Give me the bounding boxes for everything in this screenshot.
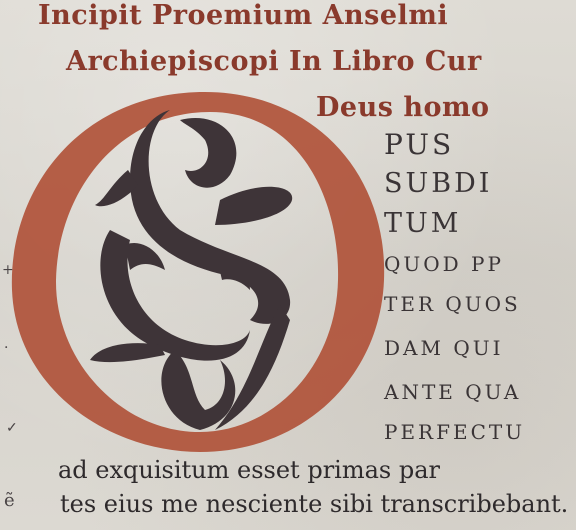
display-capitals-3: TUM [384,208,461,239]
display-capitals-4: QUOD PP [384,252,504,276]
display-capitals-1: PUS [384,128,454,161]
display-capitals-7: ANTE QUA [384,380,521,404]
decorated-initial-o [0,80,400,460]
text-line-1: ad exquisitum esset primas par [58,456,440,484]
text-line-2: tes eius me nesciente sibi transcribeban… [60,490,568,518]
marginal-check: ✓ [6,420,18,436]
marginal-note: ẽ [4,490,15,511]
rubric-line-1: Incipit Proemium Anselmi [38,0,448,31]
marginal-mark: + [2,262,14,278]
manuscript-page: Incipit Proemium Anselmi Archiepiscopi I… [0,0,576,530]
display-capitals-2: SUBDI [384,168,492,199]
display-capitals-6: DAM QUI [384,336,503,360]
marginal-dot: · [4,340,8,356]
display-capitals-5: TER QUOS [384,292,521,316]
display-capitals-8: PERFECTU [384,420,525,444]
rubric-line-2: Archiepiscopi In Libro Cur [66,46,482,77]
